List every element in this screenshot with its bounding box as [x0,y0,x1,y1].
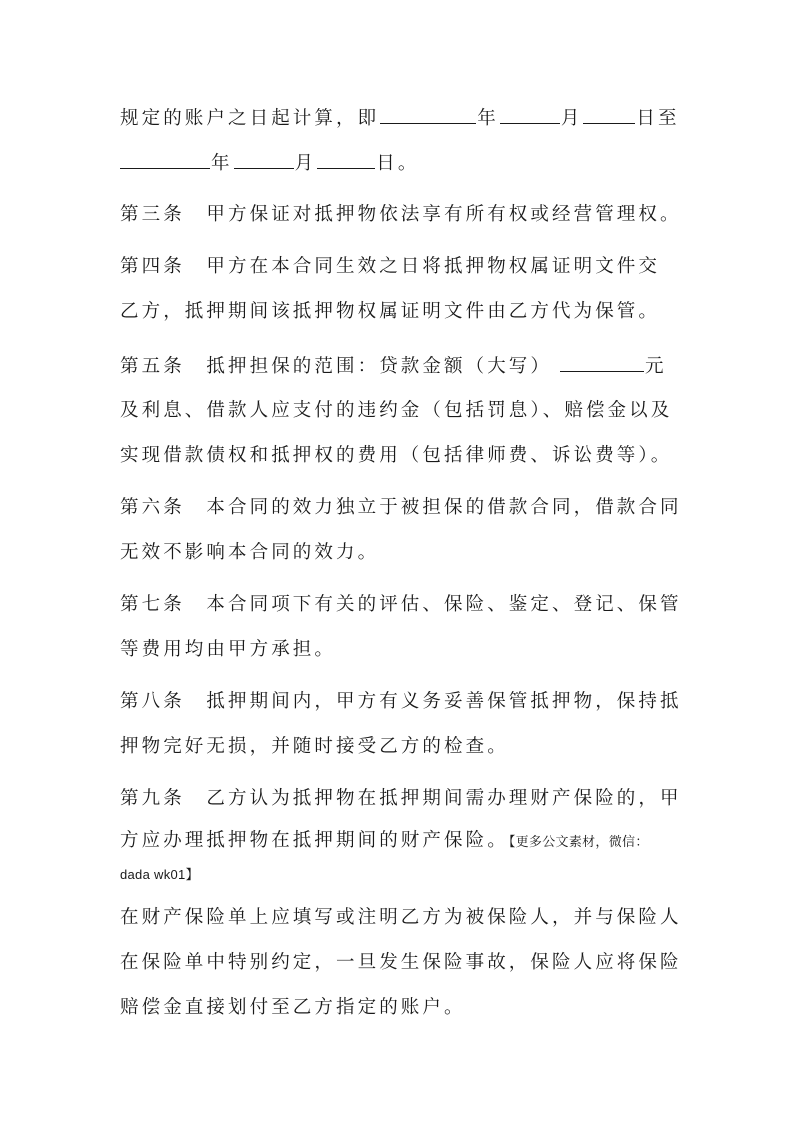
clause-6-line-1: 第六条 本合同的效力独立于被担保的借款合同，借款合同 [120,495,682,521]
text-fragment: 元 [645,356,667,377]
blank-day-end[interactable] [317,150,375,169]
clause-4-line-1: 第四条 甲方在本合同生效之日将抵押物权属证明文件交 [120,254,660,280]
clause-3-line-1: 第三条 甲方保证对抵押物依法享有所有权或经营管理权。 [120,202,682,228]
text-line-account-date: 规定的账户之日起计算，即年月日至 [120,105,680,131]
clause-7-line-2: 等费用均由甲方承担。 [120,637,336,663]
blank-month-start[interactable] [500,105,560,124]
text-fragment: 日至 [636,108,679,129]
clause-9-continuation-line-2: 在保险单中特别约定，一旦发生保险事故，保险人应将保险 [120,950,682,976]
clause-5-line-3: 实现借款债权和抵押权的费用（包括律师费、诉讼费等）。 [120,443,672,469]
clause-9-continuation-line-1: 在财产保险单上应填写或注明乙方为被保险人，并与保险人 [120,905,682,931]
blank-year-end[interactable] [120,150,210,169]
watermark-note-continued: dada wk01】 [120,862,199,888]
clause-5-line-2: 及利息、借款人应支付的违约金（包括罚息）、赔偿金以及 [120,398,672,424]
text-fragment: 日。 [376,153,419,174]
text-fragment: 方应办理抵押物在抵押期间的财产保险。 [120,830,509,851]
blank-day-start[interactable] [583,105,635,124]
clause-6-line-2: 无效不影响本合同的效力。 [120,540,379,566]
text-fragment: 年 [211,153,233,174]
clause-9-line-1: 第九条 乙方认为抵押物在抵押期间需办理财产保险的，甲 [120,786,682,812]
clause-8-line-1: 第八条 抵押期间内，甲方有义务妥善保管抵押物，保持抵 [120,689,682,715]
blank-month-end[interactable] [234,150,294,169]
blank-year-start[interactable] [380,105,476,124]
text-fragment: 月 [561,108,583,129]
clause-7-line-1: 第七条 本合同项下有关的评估、保险、鉴定、登记、保管 [120,592,682,618]
text-fragment: 年 [477,108,499,129]
clause-5-line-1: 第五条 抵押担保的范围：贷款金额（大写）元 [120,353,667,379]
clause-9-continuation-line-3: 赔偿金直接划付至乙方指定的账户。 [120,995,466,1021]
text-fragment: 规定的账户之日起计算，即 [120,108,379,129]
text-fragment: 月 [295,153,317,174]
blank-loan-amount[interactable] [560,353,644,372]
clause-9-line-2: 方应办理抵押物在抵押期间的财产保险。【更多公文素材，微信： [120,828,649,854]
text-line-end-date: 年月日。 [120,150,419,176]
clause-4-line-2: 乙方，抵押期间该抵押物权属证明文件由乙方代为保管。 [120,299,660,325]
watermark-note: 【更多公文素材，微信： [509,834,649,849]
text-fragment: 第五条 抵押担保的范围：贷款金额（大写） [120,356,552,377]
clause-8-line-2: 押物完好无损，并随时接受乙方的检查。 [120,734,509,760]
